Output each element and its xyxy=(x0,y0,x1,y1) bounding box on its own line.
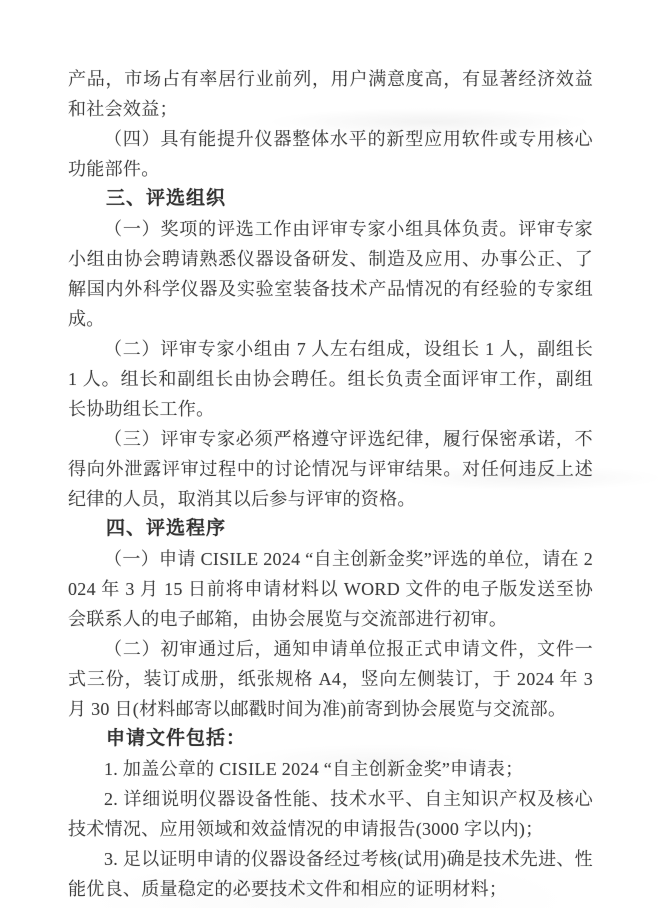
paragraph-org-item-3: （三）评审专家必须严格遵守评选纪律，履行保密承诺，不得向外泄露评审过程中的讨论情… xyxy=(68,424,593,514)
document-text-block: 产品，市场占有率居行业前列，用户满意度高，有显著经济效益和社会效益； （四）具有… xyxy=(68,64,593,904)
section-heading-3: 三、评选组织 xyxy=(68,184,593,214)
paragraph-procedure-item-1: （一）申请 CISILE 2024 “自主创新金奖”评选的单位，请在 2024 … xyxy=(68,544,593,634)
paragraph-file-list-item-2: 2. 详细说明仪器设备性能、技术水平、自主知识产权及核心技术情况、应用领域和效益… xyxy=(68,784,593,844)
paragraph-procedure-item-2: （二）初审通过后，通知申请单位报正式申请文件，文件一式三份，装订成册，纸张规格 … xyxy=(68,634,593,724)
document-page: 产品，市场占有率居行业前列，用户满意度高，有显著经济效益和社会效益； （四）具有… xyxy=(0,0,658,908)
paragraph-continuation: 产品，市场占有率居行业前列，用户满意度高，有显著经济效益和社会效益； xyxy=(68,64,593,124)
paragraph-org-item-1: （一）奖项的评选工作由评审专家小组具体负责。评审专家小组由协会聘请熟悉仪器设备研… xyxy=(68,214,593,334)
paragraph-criterion-4: （四）具有能提升仪器整体水平的新型应用软件或专用核心功能部件。 xyxy=(68,124,593,184)
subheading-application-files: 申请文件包括： xyxy=(68,724,593,754)
paragraph-file-list-item-3: 3. 足以证明申请的仪器设备经过考核(试用)确是技术先进、性能优良、质量稳定的必… xyxy=(68,844,593,904)
paragraph-org-item-2: （二）评审专家小组由 7 人左右组成，设组长 1 人，副组长 1 人。组长和副组… xyxy=(68,334,593,424)
paragraph-file-list-item-1: 1. 加盖公章的 CISILE 2024 “自主创新金奖”申请表； xyxy=(68,754,593,784)
section-heading-4: 四、评选程序 xyxy=(68,514,593,544)
